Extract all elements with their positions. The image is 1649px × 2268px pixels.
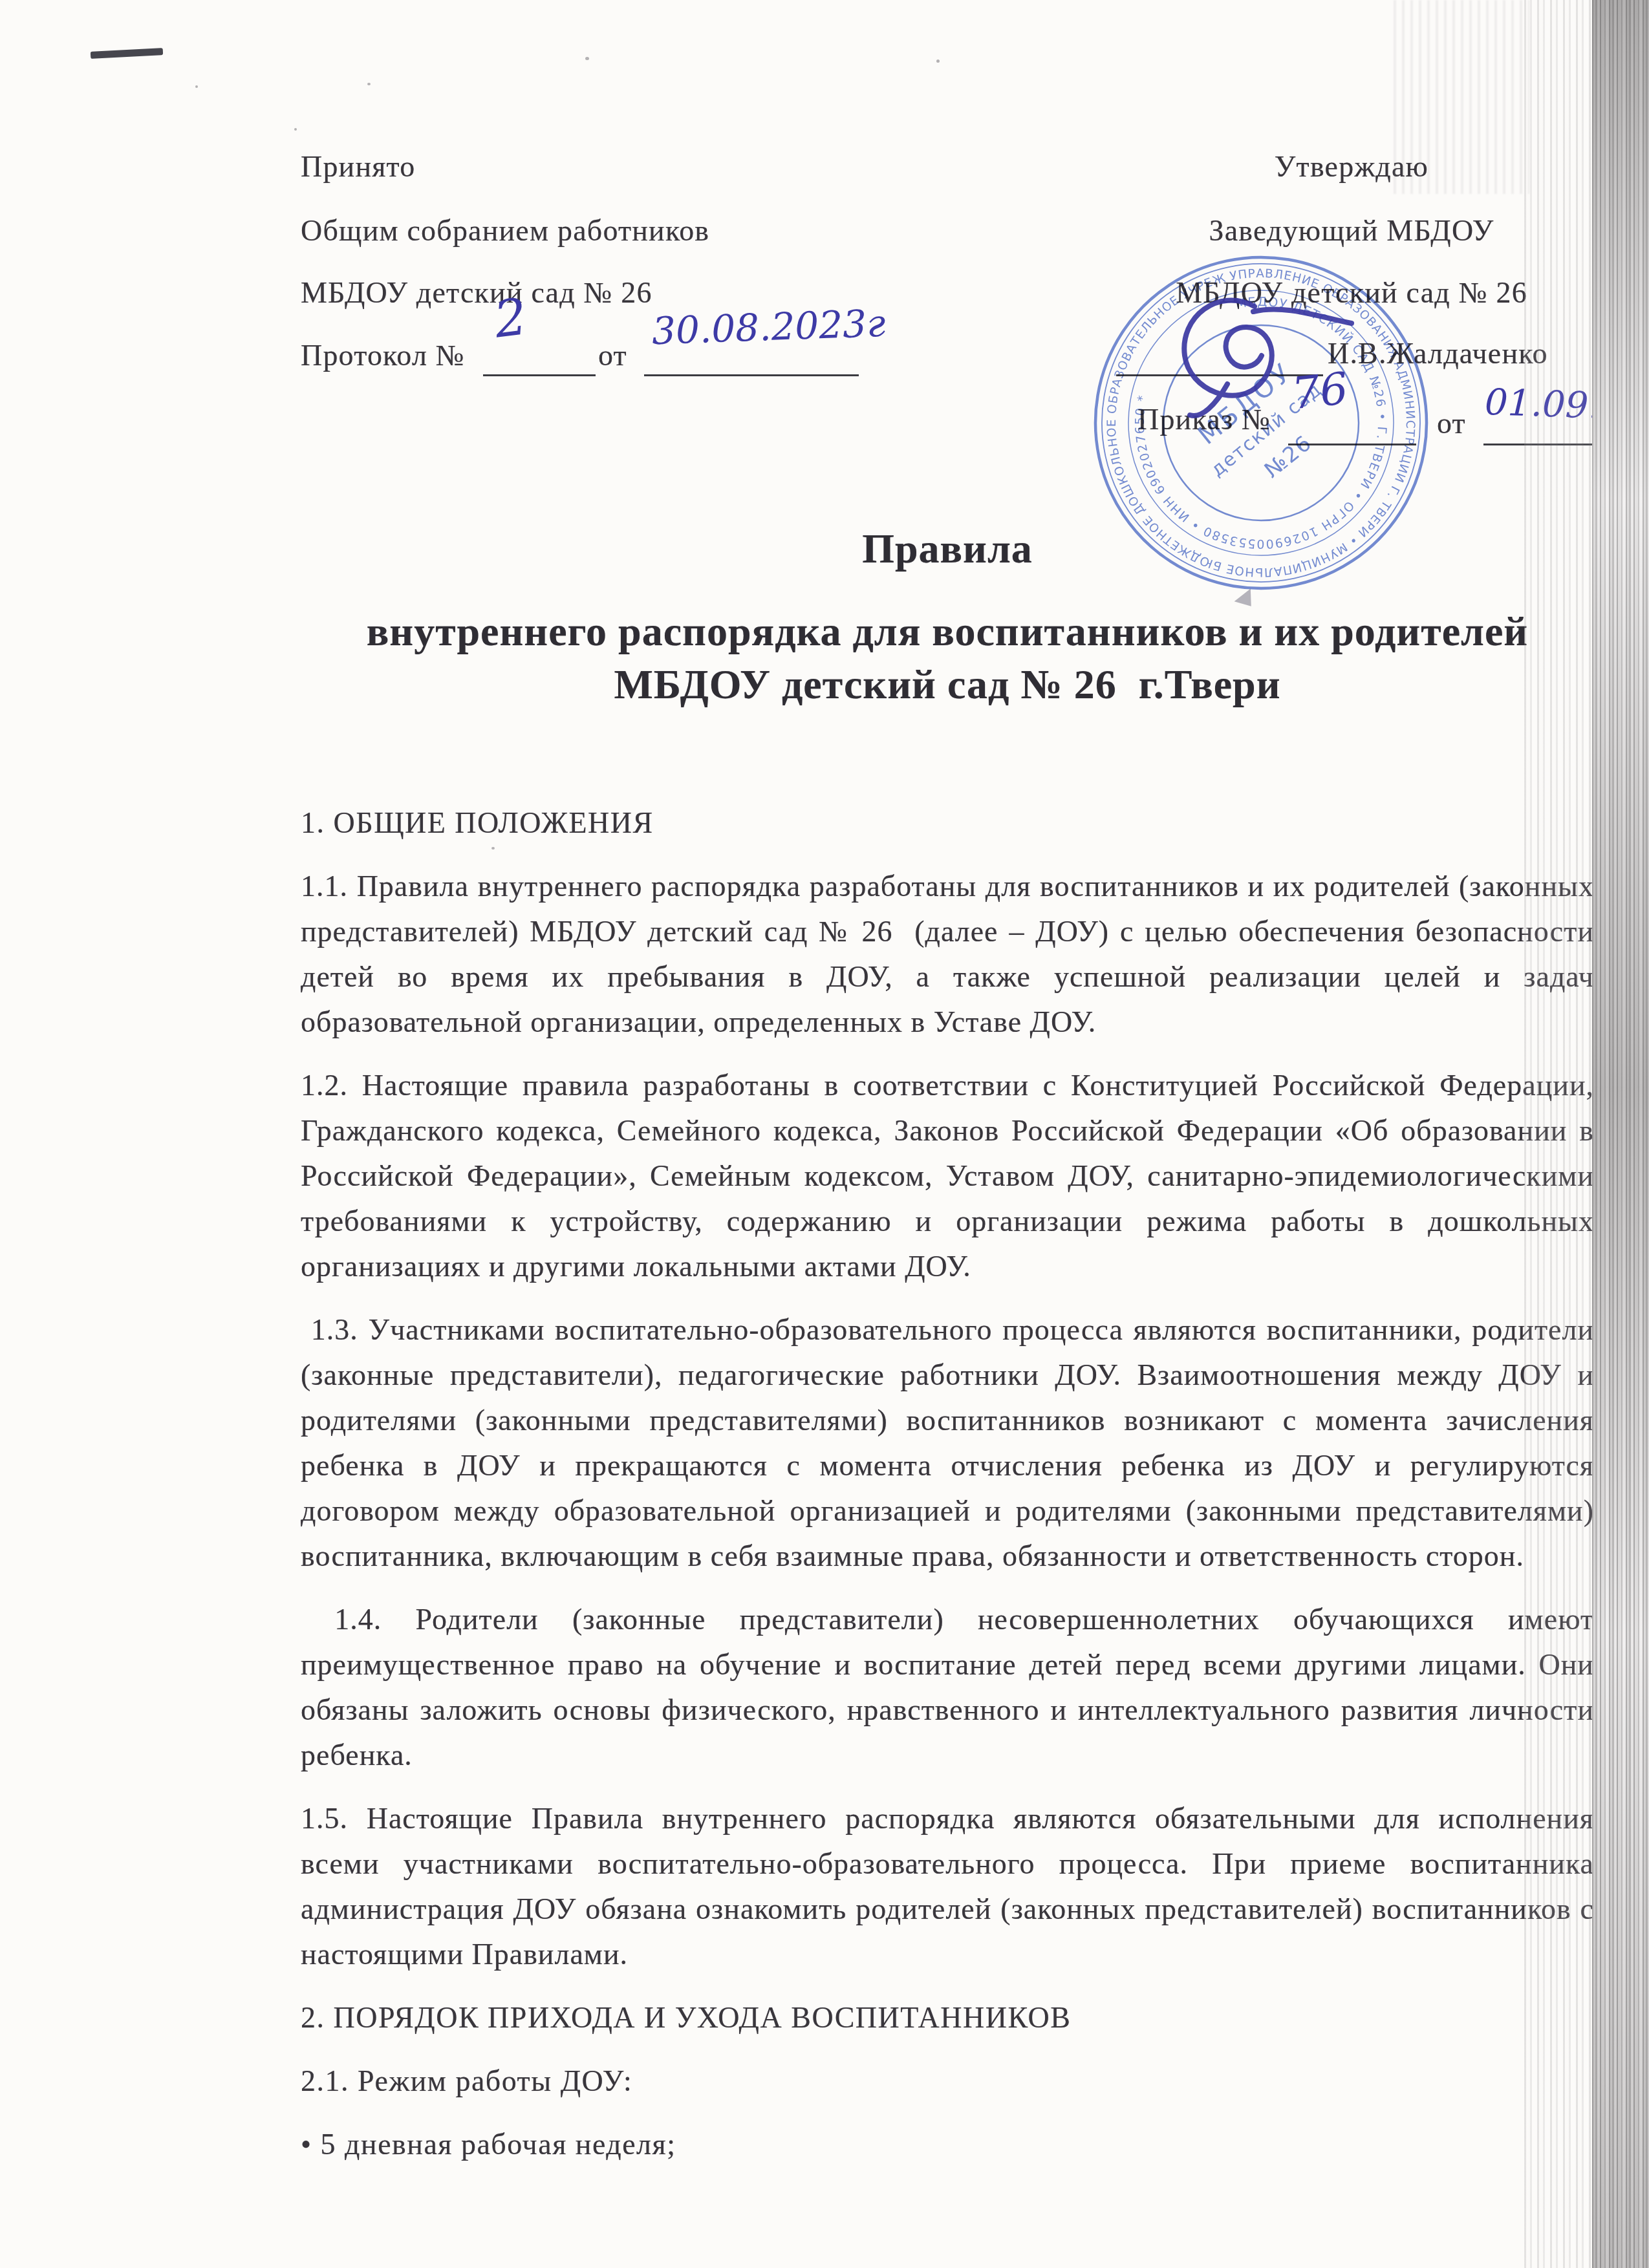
bullet-work-week: • 5 дневная рабочая неделя; [301,2122,1594,2167]
paragraph-1-1: 1.1. Правила внутреннего распорядка разр… [301,864,1594,1045]
protocol-date-line [644,374,859,376]
handwritten-protocol-number: 2 [491,288,530,349]
scan-edge-corner [1394,0,1529,194]
paragraph-1-4: 1.4. Родители (законные представители) н… [301,1597,1594,1778]
paragraph-1-2: 1.2. Настоящие правила разработаны в соо… [301,1063,1594,1289]
handwritten-protocol-date: 30.08.2023г [651,301,887,354]
accept-line: МБДОУ детский сад № 26 [301,275,652,310]
paper-speck [367,83,371,85]
accept-line: Принято [301,149,416,184]
paper-speck [936,59,940,63]
paragraph-2-1: 2.1. Режим работы ДОУ: [301,2059,1594,2104]
paper-speck [585,57,589,60]
paragraph-1-5: 1.5. Настоящие Правила внутреннего распо… [301,1796,1594,1977]
scan-edge-band [1592,0,1649,2268]
pen-stroke-mark [91,48,163,59]
accept-line: Общим собранием работников [301,213,709,248]
section-2-heading: 2. ПОРЯДОК ПРИХОДА И УХОДА ВОСПИТАННИКОВ [301,1995,1594,2040]
signature-stroke [1156,286,1363,438]
document-title-line2: внутреннего распорядка для воспитанников… [301,608,1594,656]
document-body: 1. ОБЩИЕ ПОЛОЖЕНИЯ 1.1. Правила внутренн… [301,800,1594,2185]
paper-speck [294,128,297,131]
protocol-number-line [483,374,596,376]
section-1-heading: 1. ОБЩИЕ ПОЛОЖЕНИЯ [301,800,1594,846]
paper-speck [195,85,198,88]
paragraph-1-3: 1.3. Участниками воспитательно-образоват… [301,1307,1594,1579]
scan-edge-band-soft [1524,0,1592,2268]
order-from-label: от [1437,406,1466,440]
protocol-label: Протокол № [301,338,465,372]
paper-speck [491,847,495,850]
scanned-document-page: Принято Общим собранием работников МБДОУ… [0,0,1649,2268]
protocol-from-label: от [598,338,627,372]
document-title-line3: МБДОУ детский сад № 26 г.Твери [301,661,1594,709]
